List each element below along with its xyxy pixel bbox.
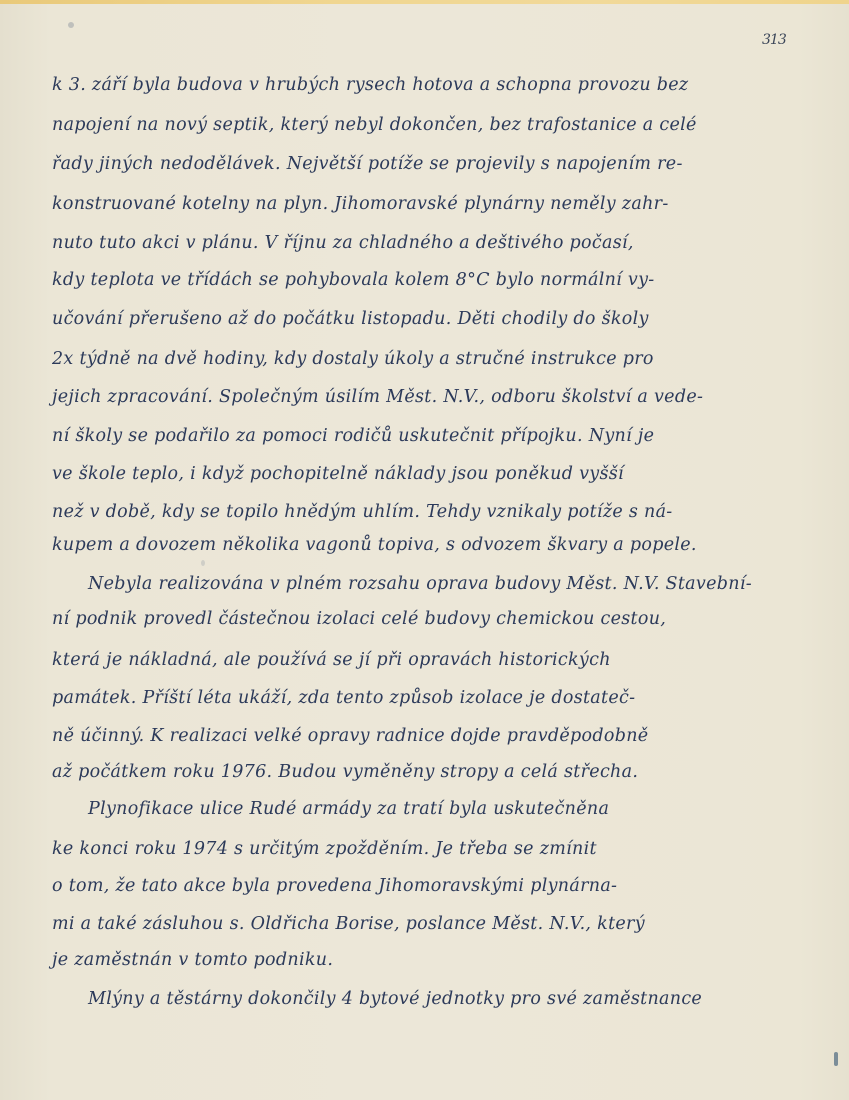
text-line: učování přerušeno až do počátku listopad… <box>52 307 772 331</box>
paper-spot <box>68 22 74 28</box>
text-line: kdy teplota ve třídách se pohybovala kol… <box>52 268 772 292</box>
text-line: ní podnik provedl částečnou izolaci celé… <box>52 607 772 631</box>
ink-mark <box>834 1052 838 1066</box>
text-line: řady jiných nedodělávek. Největší potíže… <box>52 152 772 176</box>
paper-spot <box>201 560 205 566</box>
text-line: nuto tuto akci v plánu. V říjnu za chlad… <box>52 231 772 255</box>
paragraph-start-line: Plynofikace ulice Rudé armády za tratí b… <box>88 797 808 821</box>
text-line: o tom, že tato akce byla provedena Jihom… <box>52 874 772 898</box>
text-line: napojení na nový septik, který nebyl dok… <box>52 113 772 137</box>
text-line: 2x týdně na dvě hodiny, kdy dostaly úkol… <box>52 347 772 371</box>
text-line: až počátkem roku 1976. Budou vyměněny st… <box>52 760 772 784</box>
paragraph-start-line: Mlýny a těstárny dokončily 4 bytové jedn… <box>88 987 808 1011</box>
paragraph-start-line: Nebyla realizována v plném rozsahu oprav… <box>88 572 808 596</box>
document-page: 313 k 3. září byla budova v hrubých ryse… <box>0 0 849 1100</box>
text-line: jejich zpracování. Společným úsilím Měst… <box>52 385 772 409</box>
text-line: mi a také zásluhou s. Oldřicha Borise, p… <box>52 912 772 936</box>
text-line: konstruované kotelny na plyn. Jihomoravs… <box>52 192 772 216</box>
page-top-edge <box>0 0 849 4</box>
text-line: ve škole teplo, i když pochopitelně nákl… <box>52 462 772 486</box>
text-line: ke konci roku 1974 s určitým zpožděním. … <box>52 837 772 861</box>
text-line: ní školy se podařilo za pomoci rodičů us… <box>52 424 772 448</box>
page-number: 313 <box>762 32 786 48</box>
text-line: k 3. září byla budova v hrubých rysech h… <box>52 73 772 97</box>
text-line: památek. Příští léta ukáží, zda tento zp… <box>52 686 772 710</box>
text-line: ně účinný. K realizaci velké opravy radn… <box>52 724 772 748</box>
text-line: která je nákladná, ale používá se jí při… <box>52 648 772 672</box>
text-line: kupem a dovozem několika vagonů topiva, … <box>52 533 772 557</box>
text-line: než v době, kdy se topilo hnědým uhlím. … <box>52 500 772 524</box>
text-line: je zaměstnán v tomto podniku. <box>52 948 772 972</box>
